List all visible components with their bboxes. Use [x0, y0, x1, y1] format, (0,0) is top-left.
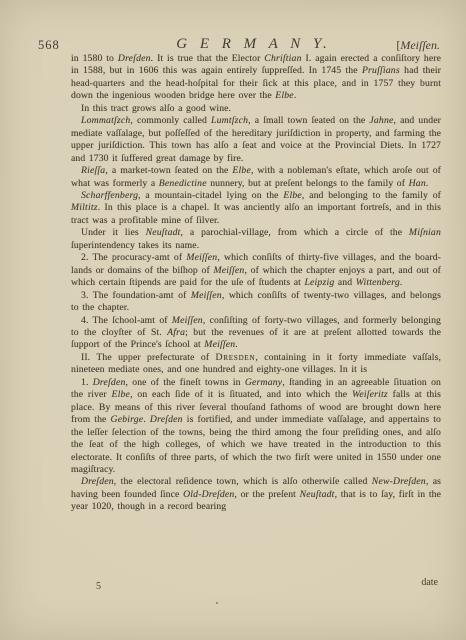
page-header: 568 G E R M A N Y. [Meiſſen. [0, 36, 466, 54]
signature-mark: 5 [96, 581, 101, 592]
book-page: 568 G E R M A N Y. [Meiſſen. in 1580 to … [0, 0, 466, 640]
catchword: date [421, 577, 438, 588]
body-paragraph: Dreſden, the electoral reſidence town, w… [71, 476, 441, 513]
body-paragraph: In this tract grows alſo a good wine. [71, 103, 441, 115]
body-paragraph: Scharffenberg, a mountain-citadel lying … [71, 190, 441, 227]
body-paragraph: Under it lies Neuſtadt, a parochial-vill… [71, 227, 441, 252]
page-body: in 1580 to Dreſden. It is true that the … [71, 53, 441, 514]
body-paragraph: II. The upper prefecturate of Dresden, c… [71, 352, 441, 377]
body-paragraph: 1. Dreſden, one of the fineſt towns in G… [71, 377, 441, 477]
scan-speck [216, 602, 218, 604]
body-paragraph: 2. The procuracy-amt of Meiſſen, which c… [71, 252, 441, 289]
body-paragraph: 4. The ſchool-amt of Meiſſen, conſiſting… [71, 315, 441, 352]
body-paragraph: Lommatſzch, commonly called Lumtſzch, a … [71, 115, 441, 165]
body-paragraph: Rieſſa, a market-town ſeated on the Elbe… [71, 165, 441, 190]
running-head: [Meiſſen. [396, 38, 440, 53]
body-paragraph: 3. The foundation-amt of Meiſſen, which … [71, 290, 441, 315]
body-paragraph: in 1580 to Dreſden. It is true that the … [71, 53, 441, 103]
